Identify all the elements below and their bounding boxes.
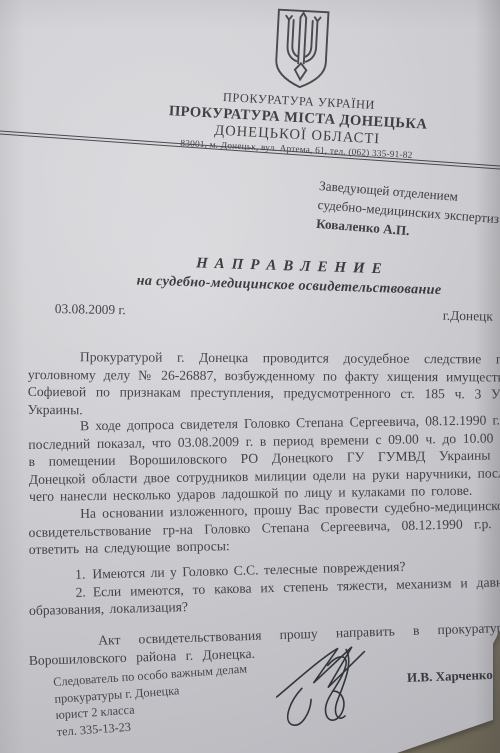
document-date: 03.08.2009 г.: [55, 301, 126, 318]
document-title-block: Н А П Р А В Л Е Н И Е на судебно-медицин…: [89, 252, 490, 301]
question-number: 1.: [75, 567, 86, 582]
document-body: Прокуратурой г. Донецка проводится досуд…: [28, 348, 500, 669]
question-number: 2.: [75, 584, 86, 599]
addressee-block: Заведующей отделением судебно-медицински…: [316, 176, 500, 249]
handwritten-signature-icon: [267, 637, 380, 739]
signer-name: И.В. Харченко: [407, 666, 500, 686]
letterhead: ПРОКУРАТУРА УКРАЇНИ ПРОКУРАТУРА МІСТА ДО…: [91, 0, 500, 166]
body-paragraph-2: В ходе допроса свидетеля Головко Степана…: [28, 411, 500, 505]
document-city: г.Донецк: [443, 308, 493, 325]
paper-sheet: ПРОКУРАТУРА УКРАЇНИ ПРОКУРАТУРА МІСТА ДО…: [0, 0, 500, 753]
document-photo: ПРОКУРАТУРА УКРАЇНИ ПРОКУРАТУРА МІСТА ДО…: [0, 0, 500, 753]
signer-role-block: Следователь по особо важным делам прокур…: [53, 658, 287, 740]
body-paragraph-3: На основании изложенного, прошу Вас пров…: [28, 496, 500, 558]
questions-list: 1.Имеются ли у Головко С.С. телесные пов…: [28, 555, 500, 620]
ukraine-trident-emblem-icon: [269, 6, 335, 91]
paper-wrap: ПРОКУРАТУРА УКРАЇНИ ПРОКУРАТУРА МІСТА ДО…: [0, 0, 500, 753]
body-paragraph-1: Прокуратурой г. Донецка проводится досуд…: [28, 348, 500, 421]
date-row: 03.08.2009 г. г.Донецк: [55, 301, 493, 325]
